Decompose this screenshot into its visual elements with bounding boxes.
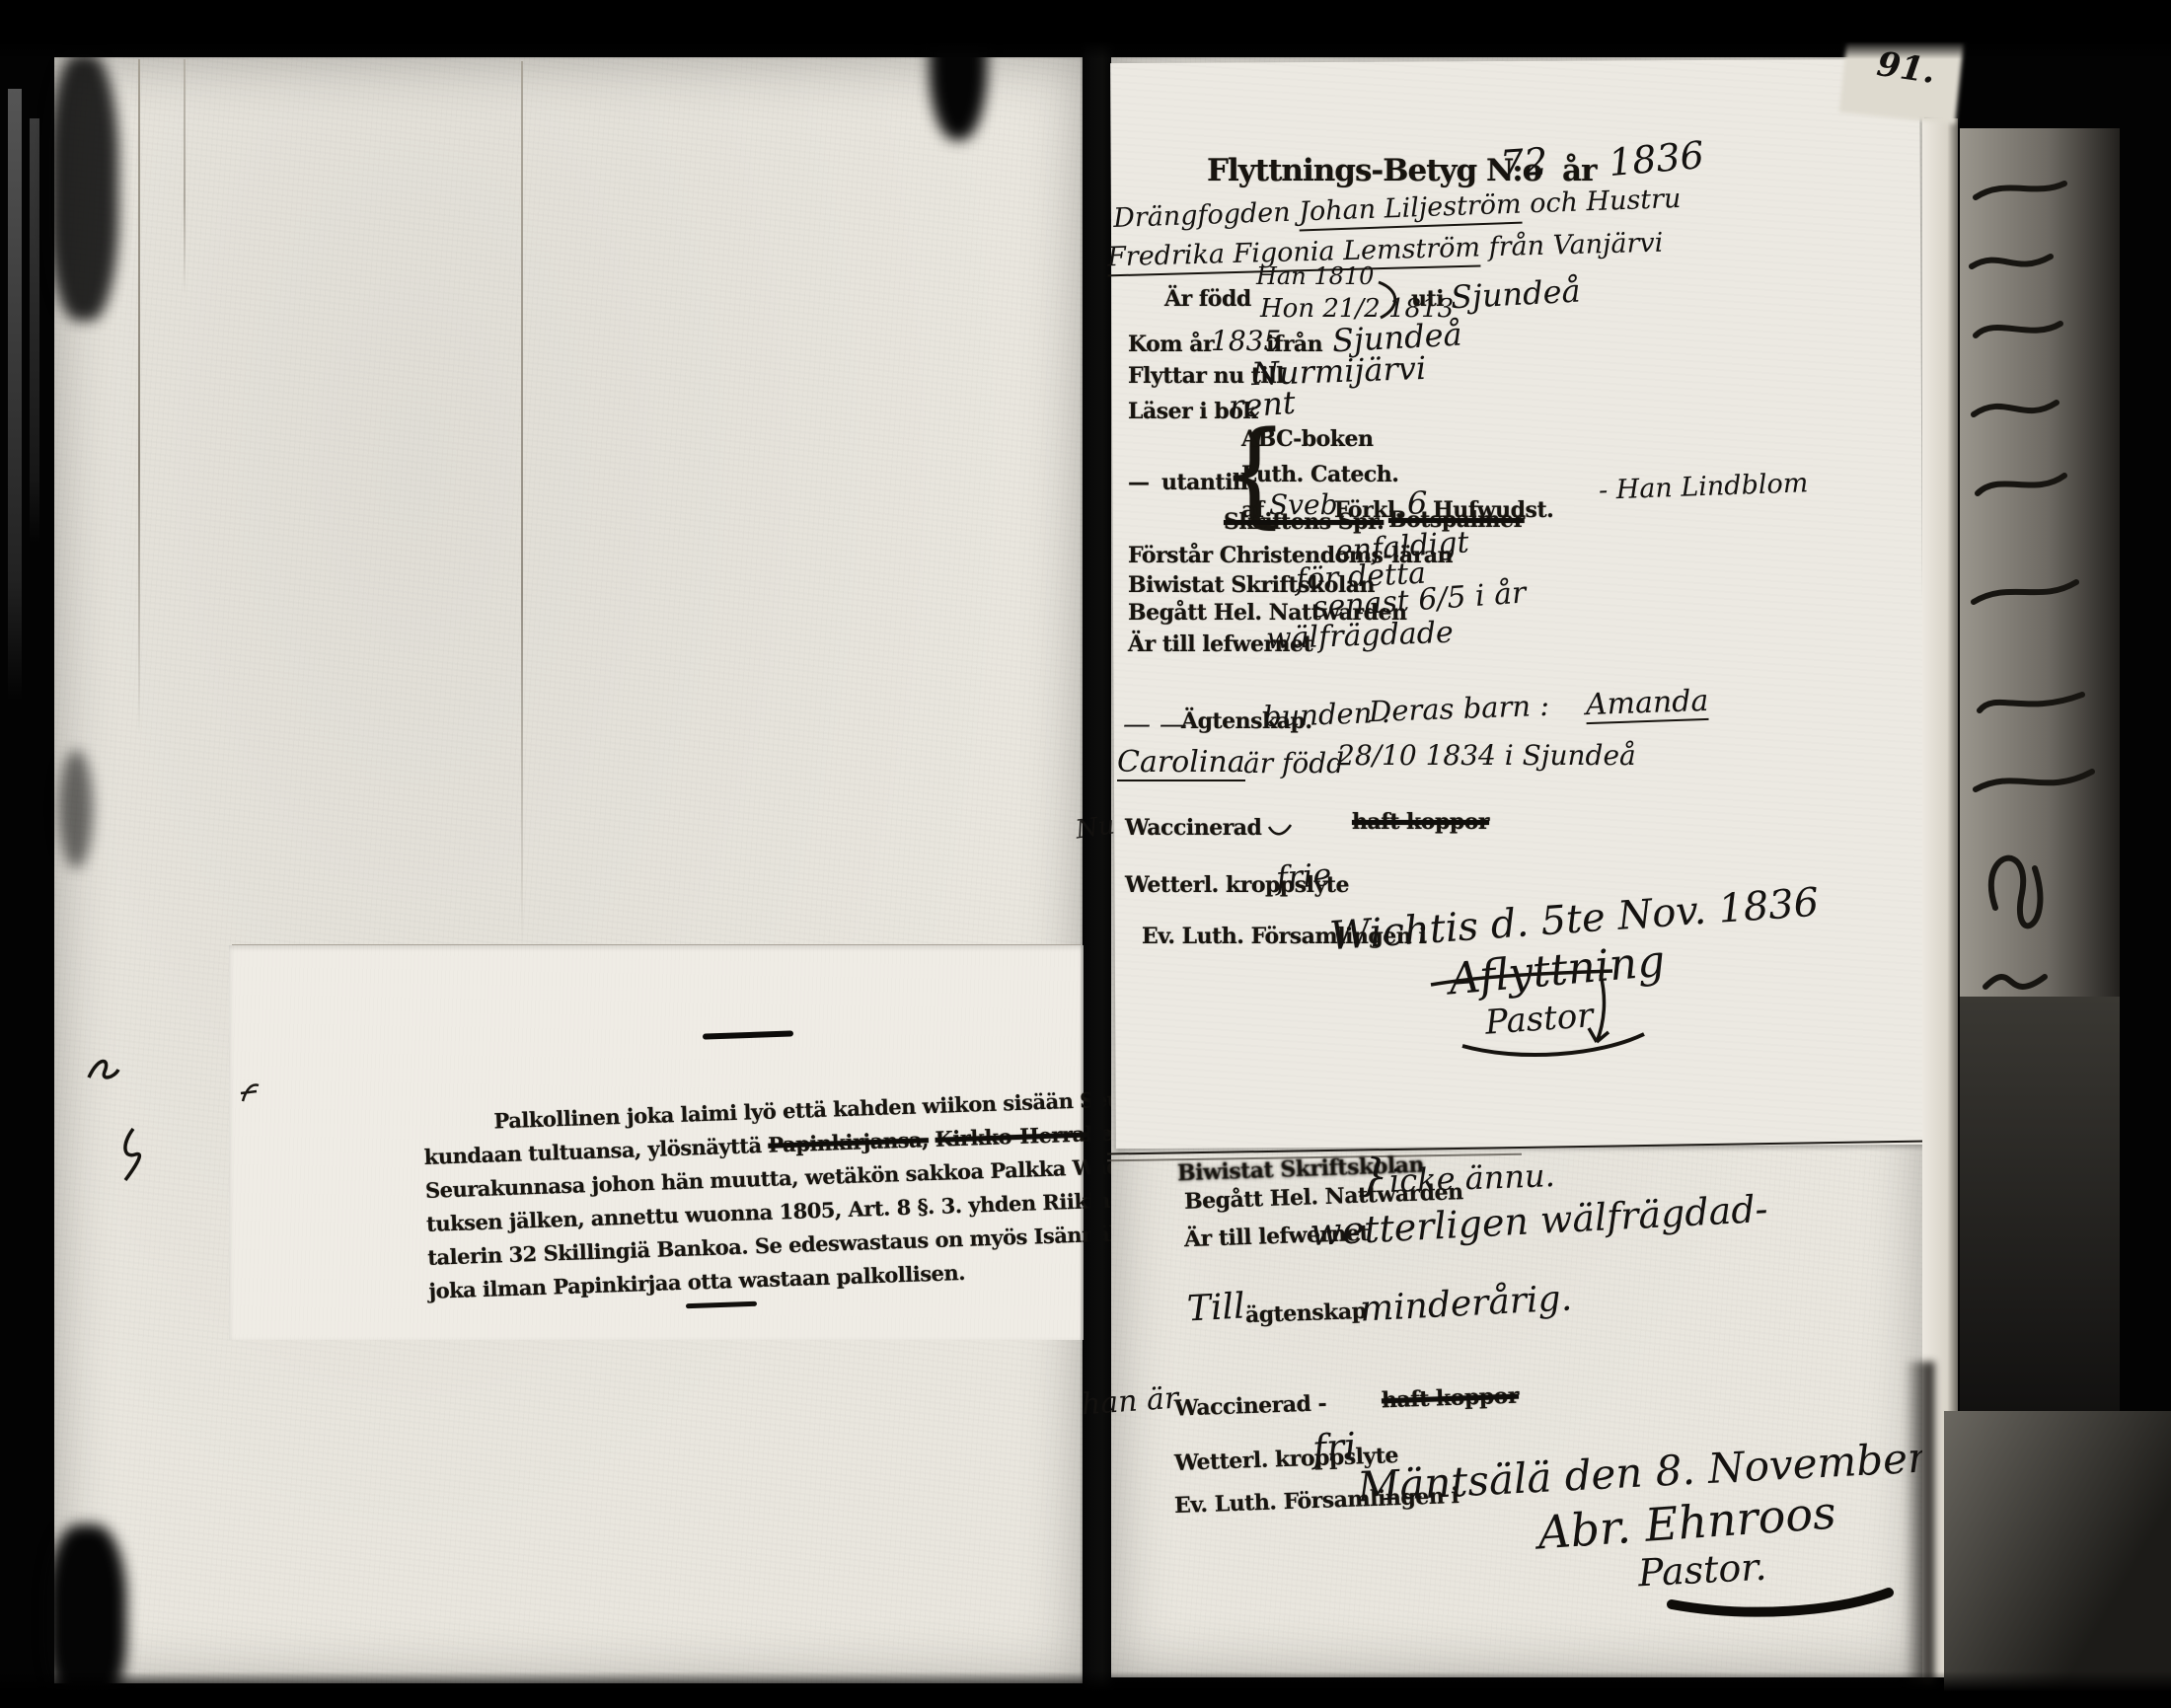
bottom-right-shading	[1944, 1411, 2171, 1708]
children-label: Deras barn :	[1369, 692, 1550, 726]
corner-blotch	[59, 750, 93, 868]
holder-conjunction: och Hustru	[1530, 184, 1682, 219]
born-place-value: Sjundeå	[1450, 275, 1581, 314]
holder-origin: från Vanjärvi	[1488, 228, 1664, 263]
came-from-label: ifrån	[1266, 334, 1322, 355]
byheart-item: Luth. Catech.	[1241, 464, 1398, 485]
born-bracket	[1375, 276, 1404, 322]
lower-signature-flourish	[1668, 1579, 1895, 1618]
margin-scribble	[113, 1125, 153, 1184]
corner-blotch	[49, 54, 118, 321]
lower-marriage-label: ägtenskap	[1245, 1300, 1367, 1326]
notice-paragraph: Palkollinen joka laimi lyö että kahden w…	[422, 1080, 1192, 1308]
left-page	[54, 57, 1083, 1683]
margin-scribble	[85, 1048, 124, 1087]
byheart-note: - Han Lindblom	[1599, 470, 1809, 503]
child-name-1: Amanda	[1585, 687, 1709, 724]
adjacent-page-dark	[1960, 997, 2120, 1411]
born-label: Är född	[1164, 288, 1251, 310]
certificate-title: Flyttnings-Betyg N:o	[1207, 156, 1541, 186]
margin-mark: Nu	[1074, 812, 1116, 843]
certificate-number: 72	[1499, 142, 1549, 183]
photo-bottom-band	[0, 1671, 2171, 1708]
lower-vaccinated-label: Waccinerad -	[1174, 1392, 1327, 1419]
struck-label-skriftens: Skriftens Spr.	[1224, 511, 1384, 533]
certificate-year: 1836	[1608, 136, 1706, 182]
holder-occupation: Drängfogden	[1113, 197, 1291, 234]
lower-margin-fragment: han är	[1081, 1384, 1179, 1421]
page-crease	[521, 61, 523, 947]
byheart-item: ABC-boken	[1241, 428, 1374, 450]
film-edge-streak	[30, 118, 39, 543]
child-name-2: Carolina	[1117, 748, 1245, 781]
child-born-date: 28/10 1834 i Sjundeå	[1337, 742, 1636, 770]
born-his-value: Han 1810	[1256, 264, 1374, 288]
notice-line2-struck: Papinkirjansa,	[768, 1127, 929, 1157]
byheart-dash: —	[1128, 472, 1150, 493]
marriage-dashes: — —	[1123, 710, 1187, 738]
marginal-handwriting-fragment	[1966, 158, 2114, 1006]
lower-pox-label: haft koppor	[1382, 1385, 1520, 1412]
title-year-label: år	[1562, 156, 1596, 186]
lower-marriage-pre: Till	[1186, 1289, 1245, 1327]
conduct-value: wälfrägdade	[1266, 619, 1455, 655]
signature-flourish	[1460, 1016, 1648, 1062]
came-label: Kom år	[1128, 334, 1214, 355]
scanned-book-photograph: Palkollinen joka laimi lyö että kahden w…	[0, 0, 2171, 1708]
page-crease	[138, 59, 140, 735]
vaccinated-tick	[1267, 821, 1295, 841]
signature-arrow	[1579, 973, 1618, 1052]
margin-scribble	[237, 1077, 262, 1107]
lower-communion-brace: }	[1358, 1151, 1391, 1200]
page-edge-shadow	[1905, 1362, 1934, 1687]
born-at-label: uti	[1411, 288, 1444, 310]
film-edge-streak	[8, 89, 22, 701]
photo-top-band	[0, 0, 2171, 59]
child-born-label: är född	[1243, 750, 1344, 778]
vaccinated-label: Waccinerad	[1125, 817, 1261, 839]
pox-label: haft koppor	[1352, 811, 1489, 833]
lower-defect-value: fri	[1311, 1427, 1358, 1467]
defect-value: frie	[1275, 858, 1332, 894]
page-crease	[184, 59, 186, 296]
lower-communion-value: icke ännu.	[1388, 1159, 1555, 1197]
